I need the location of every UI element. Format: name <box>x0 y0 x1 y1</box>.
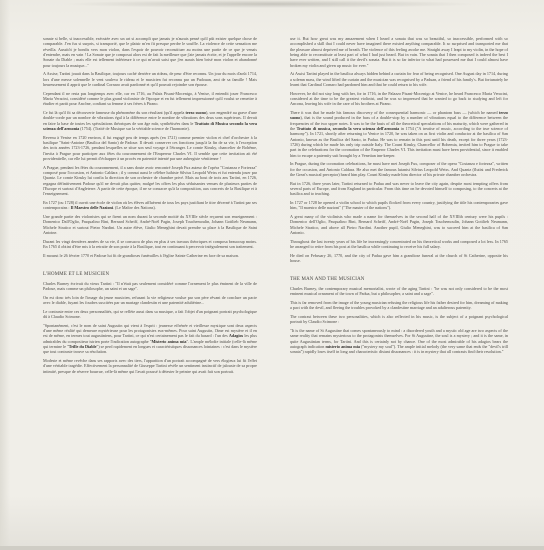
paragraph: Cependant il ne resta pas longtemps avec… <box>43 91 257 107</box>
paragraph: Throughout the last twenty years of his … <box>290 239 508 250</box>
paragraph: Modeste et même revêche dans ses rapport… <box>43 358 257 374</box>
scanned-page: sonate si belle, si inaccessible, exécut… <box>0 0 544 550</box>
paragraph: A Assise, Tartini jouait dans la Basiliq… <box>43 71 257 87</box>
page-bottom-edge <box>0 546 544 550</box>
french-body-part2: Charles Burney écrivait du vieux Tartini… <box>43 281 257 374</box>
emphasized-title: Trattato di Musica secondo la vera scien… <box>43 121 257 131</box>
paragraph: Durant les vingt dernières années de sa … <box>43 239 257 250</box>
emphasized-title: Adagios <box>229 333 243 338</box>
paragraph: Revenu à Venise en 1720 environ, il fut … <box>43 135 257 162</box>
paragraph: The contrast between these two personali… <box>290 314 508 325</box>
english-body-part2: Charles Burney, the contemporary musical… <box>290 286 508 355</box>
french-section-heading: L'HOMME ET LE MUSICIEN <box>43 272 257 277</box>
paragraph: use it. But how great was my amazement w… <box>290 36 508 68</box>
paragraph: At Assisi Tartini played in the basilica… <box>290 71 508 87</box>
emphasized-title: Trille du Diable <box>69 344 97 349</box>
emphasized-title: terzo suono <box>290 110 508 120</box>
emphasized-title: Il Maestro delle Nazioni <box>71 205 113 210</box>
paragraph: In 1727 or 1728 he opened a violin schoo… <box>290 200 508 211</box>
paragraph: This is far removed from the image of th… <box>290 300 508 311</box>
english-body-part1: use it. But how great was my amazement w… <box>290 36 508 263</box>
emphasized-title: misterio anima mia <box>325 344 360 349</box>
paragraph: He died on February 26, 1770, and the ci… <box>290 253 508 264</box>
paragraph: Une grande partie des violonistes qui se… <box>43 214 257 235</box>
emphasized-title: Misterio anima mia <box>151 339 186 344</box>
paragraph: Charles Burney écrivait du vieux Tartini… <box>43 281 257 292</box>
emphasized-title: terzo suono <box>186 110 206 115</box>
paragraph: Ce fut là qu'il fit sa découverte fameus… <box>43 110 257 131</box>
paragraph: In Prague, during the coronation celebra… <box>290 161 508 177</box>
english-section-heading: THE MAN AND THE MUSICIAN <box>290 277 508 282</box>
scan-shadow <box>60 0 480 8</box>
paragraph: However, he did not stay long with her, … <box>290 91 508 107</box>
paragraph: Charles Burney, the contemporary musical… <box>290 286 508 297</box>
paragraph: But in 1726, three years later, Tartini … <box>290 181 508 197</box>
paragraph: A great many of the violinists who made … <box>290 214 508 235</box>
page-edge <box>0 0 10 550</box>
paragraph: "It is the name of St Augustine that com… <box>290 328 508 355</box>
paragraph: A Prague, pendant les fêtes du couronnem… <box>43 165 257 197</box>
paragraph: "Spontanément, c'est le nom de saint Aug… <box>43 323 257 355</box>
paragraph: sonate si belle, si inaccessible, exécut… <box>43 36 257 68</box>
english-column: use it. But how great was my amazement w… <box>290 36 508 358</box>
emphasized-title: Trattato di musica, secondo la vera scie… <box>297 126 400 131</box>
paragraph: Il mourut le 26 février 1770 et Padoue l… <box>43 253 257 258</box>
paragraph: There it was that he made his famous dis… <box>290 110 508 158</box>
french-column: sonate si belle, si inaccessible, exécut… <box>43 36 257 377</box>
french-body-part1: sonate si belle, si inaccessible, exécut… <box>43 36 257 258</box>
paragraph: En 1727 (ou 1728) il ouvrit une école de… <box>43 200 257 211</box>
paragraph: Le contraste entre ces deux personnalité… <box>43 309 257 320</box>
paragraph: On est donc très loin de l'image du jeun… <box>43 295 257 306</box>
